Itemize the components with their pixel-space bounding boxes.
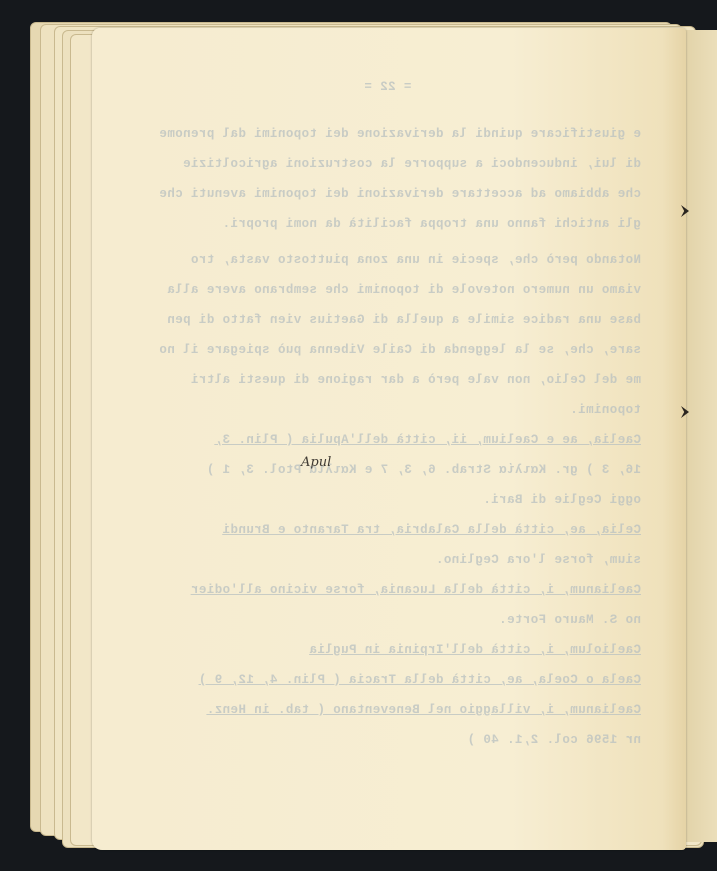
text-line: toponimi. (570, 403, 641, 417)
handwritten-annotation: Apul (301, 455, 331, 470)
text-line: base una radice simile a quella di Gaeti… (167, 313, 641, 327)
text-line: sare, che, se la leggenda di Caile Viben… (159, 343, 641, 357)
facing-page (684, 30, 717, 842)
entry-line: Caelia, ae e Caelium, ii, città dell'Apu… (214, 433, 641, 447)
entry-line: Caelianum, i, città della Lucania, forse… (191, 583, 641, 597)
text-line: nr 1596 col. 2,1. 40 ) (467, 733, 641, 747)
text-line: Notando però che, specie in una zona piu… (191, 253, 641, 267)
entry-line: Celia, ae, città della Calabria, tra Tar… (222, 523, 641, 537)
mirrored-text-block: = 22 = e giustificare quindi la derivazi… (92, 28, 686, 850)
entry-line: Caeliolum, i, città dell'Irpinia in Pugl… (309, 643, 641, 657)
text-line: e giustificare quindi la derivazione dei… (159, 127, 641, 141)
text-line: che abbiamo ad accettare derivazioni dei… (159, 187, 641, 201)
text-line: me del Celio, non vale però a dar ragion… (191, 373, 641, 387)
text-line: no S. Mauro Forte. (499, 613, 641, 627)
page-number: = 22 = (364, 80, 411, 94)
entry-line: Caela o Coela, ae, città della Tracia ( … (199, 673, 641, 687)
text-line: di lui, inducendoci a supporre la costru… (183, 157, 641, 171)
text-line: gli antichi fanno una troppa facilità da… (222, 217, 641, 231)
text-line: viamo un numero notevole di toponimi che… (167, 283, 641, 297)
entry-line: Caelianum, i, villaggio nel Beneventano … (206, 703, 641, 717)
text-line: sium, forse l'ora Ceglino. (436, 553, 641, 567)
text-line: 16, 3 ) gr. Καιλία Strab. 6, 3, 7 e Καιλ… (206, 463, 641, 477)
text-line: oggi Ceglie di Bari. (483, 493, 641, 507)
